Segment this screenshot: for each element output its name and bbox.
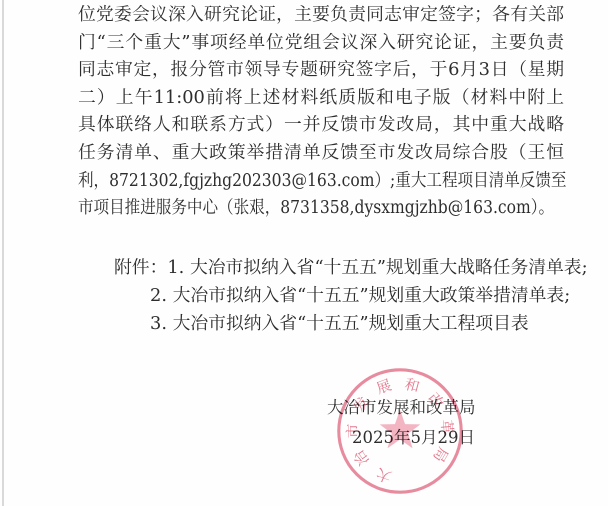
seal-char: 发 [351,393,373,415]
seal-char: 大 [374,464,394,485]
body-line: 任务清单、重大政策举措清单反馈至市发改局综合股（王恒 [78,139,564,167]
attachments-label: 附件： [114,257,167,278]
attachment-item: 3. 大冶市拟纳入省“十五五”规划重大工程项目表 [114,310,574,338]
seal-char: 局 [429,444,451,465]
seal-char: 市 [345,424,362,439]
body-line: 具体联络人和联系方式）一并反馈市发改局，其中重大战略 [78,111,564,139]
seal-char: 改 [425,390,448,412]
body-line: 位党委会议深入研究论证，主要负责同志审定签字；各有关部 [78,1,564,29]
attachment-item-text: 3. 大冶市拟纳入省“十五五”规划重大工程项目表 [150,313,529,334]
attachment-item: 附件：1. 大冶市拟纳入省“十五五”规划重大战略任务清单表; [114,254,574,282]
attachment-item-text: 2. 大冶市拟纳入省“十五五”规划重大政策举措清单表; [150,285,570,306]
official-seal: 大 冶 市 发 展 和 改 革 局 [332,363,468,499]
attachment-item-text: 1. 大冶市拟纳入省“十五五”规划重大战略任务清单表; [167,257,587,278]
seal-char: 和 [403,376,421,396]
attachment-item: 2. 大冶市拟纳入省“十五五”规划重大政策举措清单表; [114,282,574,310]
seal-char: 展 [374,377,394,398]
body-line: 利，8721302,fgjzhg202303@163.com）;重大工程项目清单… [78,167,503,195]
body-line: 门“三个重大”事项经单位党组会议深入研究论证，主要负责 [78,29,564,57]
seal-char: 冶 [350,447,373,469]
seal-char: 革 [437,419,456,435]
body-line: 同志审定，报分管市领导专题研究签字后，于6月3日（星期 [78,56,564,84]
attachments-block: 附件：1. 大冶市拟纳入省“十五五”规划重大战略任务清单表; 2. 大冶市拟纳入… [114,254,574,339]
body-line: 市项目推进服务中心（张艰，8731358,dysxmgjzhb@163.com）… [78,194,503,222]
scan-edge-shadow [2,0,4,506]
body-paragraph: 位党委会议深入研究论证，主要负责同志审定签字；各有关部 门“三个重大”事项经单位… [78,1,564,222]
body-line: 二）上午11:00前将上述材料纸质版和电子版（材料中附上 [78,84,564,112]
document-page: 位党委会议深入研究论证，主要负责同志审定签字；各有关部 门“三个重大”事项经单位… [0,0,608,506]
seal-star-icon [380,410,421,449]
